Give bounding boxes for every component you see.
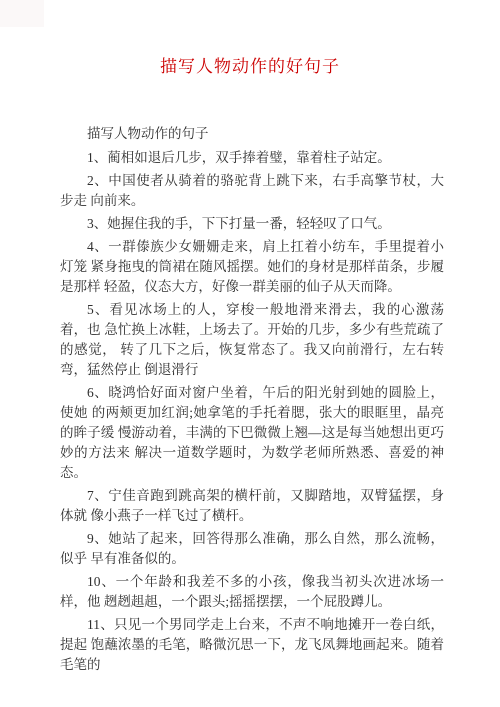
paragraph: 2、中国使者从骑着的骆驼背上跳下来，右手高擎节杖，大步走 向前来。: [60, 171, 444, 211]
document-page: 描写人物动作的好句子 描写人物动作的句子 1、蔺相如退后几步，双手捧着璧，靠着柱…: [0, 0, 500, 707]
document-body: 描写人物动作的句子 1、蔺相如退后几步，双手捧着璧，靠着柱子站定。 2、中国使者…: [60, 124, 444, 675]
paragraph: 7、宁佳音跑到跳高架的横杆前，又脚踏地，双臂猛摆，身体就 像小燕子一样飞过了横杆…: [60, 486, 444, 526]
corner-scan-mark: [0, 0, 44, 27]
paragraph: 10、一个年龄和我差不多的小孩，像我当初头次进冰场一样，他 趔趔趄趄，一个跟头;…: [60, 572, 444, 612]
paragraph: 6、晓鸿恰好面对窗户坐着，午后的阳光射到她的圆脸上，使她 的两颊更加红润;她拿笔…: [60, 383, 444, 483]
paragraph: 3、她握住我的手，下下打量一番，轻轻叹了口气。: [60, 214, 444, 234]
document-title: 描写人物动作的好句子: [0, 52, 500, 77]
paragraph: 5、看见冰场上的人，穿梭一般地滑来滑去，我的心激荡着，也 急忙换上冰鞋，上场去了…: [60, 300, 444, 380]
paragraph: 11、只见一个男同学走上台来，不声不响地摊开一卷白纸，提起 饱蘸浓墨的毛笔，略微…: [60, 615, 444, 675]
paragraph: 1、蔺相如退后几步，双手捧着璧，靠着柱子站定。: [60, 148, 444, 168]
paragraph: 9、她站了起来，回答得那么准确，那么自然，那么流畅，似乎 早有准备似的。: [60, 529, 444, 569]
document-subtitle: 描写人物动作的句子: [60, 124, 444, 144]
paragraph: 4、一群傣族少女姗姗走来，肩上扛着小纺车，手里提着小灯笼 紧身拖曳的筒裙在随风摇…: [60, 237, 444, 297]
